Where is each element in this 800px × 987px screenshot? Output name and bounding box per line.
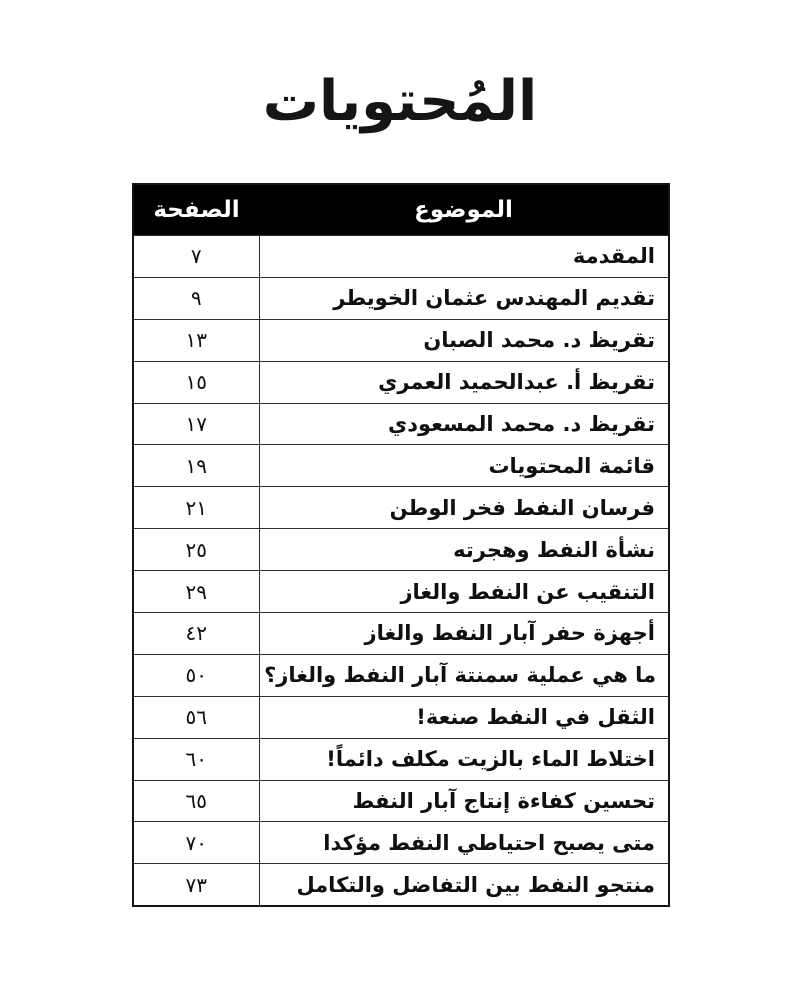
toc-entry-page: ٦٠ [133,738,259,780]
toc-entry-page: ١٧ [133,403,259,445]
toc-entry-title: نشأة النفط وهجرته [259,529,669,571]
toc-entry-page: ١٣ [133,319,259,361]
table-row: تقريظ د. محمد الصبان ١٣ [133,319,669,361]
toc-entry-title: فرسان النفط فخر الوطن [259,487,669,529]
toc-entry-page: ١٥ [133,361,259,403]
table-row: تقديم المهندس عثمان الخويطر ٩ [133,277,669,319]
table-row: الثقل في النفط صنعة! ٥٦ [133,696,669,738]
toc-header-page: الصفحة [133,184,259,236]
table-row: فرسان النفط فخر الوطن ٢١ [133,487,669,529]
toc-entry-page: ٢١ [133,487,259,529]
toc-entry-page: ٩ [133,277,259,319]
toc-entry-title: المقدمة [259,236,669,278]
toc-entry-title: متى يصبح احتياطي النفط مؤكدا [259,822,669,864]
toc-entry-title: التنقيب عن النفط والغاز [259,571,669,613]
toc-entry-title: تقريظ د. محمد المسعودي [259,403,669,445]
table-row: التنقيب عن النفط والغاز ٢٩ [133,571,669,613]
toc-entry-title: ما هي عملية سمنتة آبار النفط والغاز؟ [259,654,669,696]
table-row: قائمة المحتويات ١٩ [133,445,669,487]
toc-entry-title: منتجو النفط بين التفاضل والتكامل [259,864,669,906]
toc-entry-page: ٧٠ [133,822,259,864]
toc-entry-title: الثقل في النفط صنعة! [259,696,669,738]
toc-entry-page: ٥٦ [133,696,259,738]
toc-table-container: الموضوع الصفحة المقدمة ٧ تقديم المهندس ع… [132,183,668,907]
toc-entry-page: ٧ [133,236,259,278]
toc-entry-page: ٢٥ [133,529,259,571]
table-row: متى يصبح احتياطي النفط مؤكدا ٧٠ [133,822,669,864]
table-row: اختلاط الماء بالزيت مكلف دائماً! ٦٠ [133,738,669,780]
table-row: أجهزة حفر آبار النفط والغاز ٤٢ [133,613,669,655]
table-row: تقريظ أ. عبدالحميد العمري ١٥ [133,361,669,403]
toc-table: الموضوع الصفحة المقدمة ٧ تقديم المهندس ع… [132,183,670,907]
page-title: المُحتويات [0,52,800,152]
toc-entry-page: ٥٠ [133,654,259,696]
book-contents-page: المُحتويات الموضوع الصفحة المقدمة ٧ تقدي… [0,0,800,987]
toc-entry-page: ١٩ [133,445,259,487]
table-row: ما هي عملية سمنتة آبار النفط والغاز؟ ٥٠ [133,654,669,696]
toc-entry-page: ٦٥ [133,780,259,822]
table-row: تقريظ د. محمد المسعودي ١٧ [133,403,669,445]
table-row: نشأة النفط وهجرته ٢٥ [133,529,669,571]
toc-header-row: الموضوع الصفحة [133,184,669,236]
toc-entry-title: تقريظ أ. عبدالحميد العمري [259,361,669,403]
toc-entry-title: اختلاط الماء بالزيت مكلف دائماً! [259,738,669,780]
toc-entry-title: تقديم المهندس عثمان الخويطر [259,277,669,319]
table-row: تحسين كفاءة إنتاج آبار النفط ٦٥ [133,780,669,822]
toc-header-subject: الموضوع [259,184,669,236]
table-row: المقدمة ٧ [133,236,669,278]
toc-entry-title: تقريظ د. محمد الصبان [259,319,669,361]
toc-entry-title: أجهزة حفر آبار النفط والغاز [259,613,669,655]
table-row: منتجو النفط بين التفاضل والتكامل ٧٣ [133,864,669,906]
toc-entry-title: قائمة المحتويات [259,445,669,487]
toc-entry-page: ٤٢ [133,613,259,655]
toc-entry-title: تحسين كفاءة إنتاج آبار النفط [259,780,669,822]
toc-entry-page: ٧٣ [133,864,259,906]
toc-entry-page: ٢٩ [133,571,259,613]
